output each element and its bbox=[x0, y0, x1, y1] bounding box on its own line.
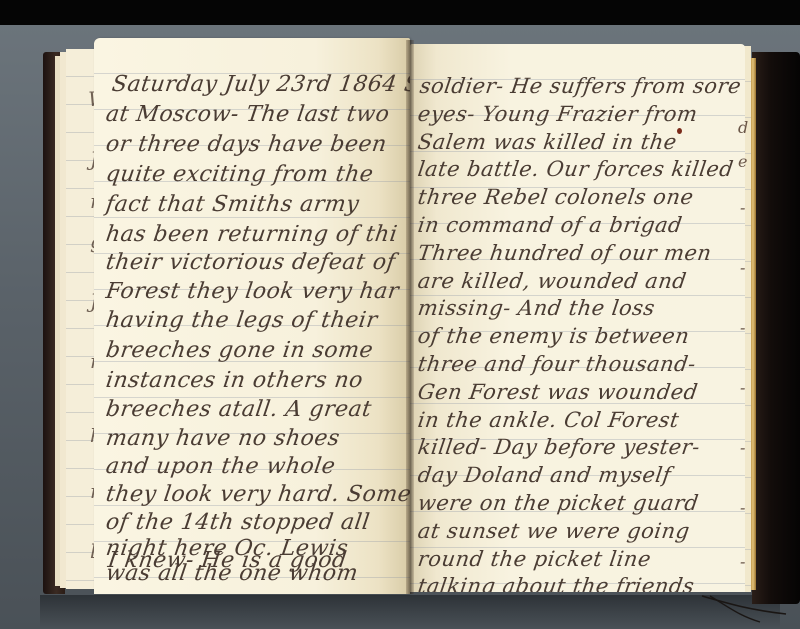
ribbon-bookmark bbox=[700, 594, 790, 624]
edge-mark: - bbox=[740, 198, 745, 217]
diary-line: of the 14th stopped all bbox=[104, 510, 371, 535]
diary-line: Forest they look very har bbox=[104, 279, 400, 304]
ink-stain bbox=[677, 128, 682, 134]
edge-mark: d bbox=[738, 118, 748, 137]
edge-mark: e bbox=[738, 152, 747, 171]
right-page-text-lower bbox=[410, 44, 745, 592]
left-page: Saturday July 23rd 1864 Still at Moscow-… bbox=[94, 38, 410, 594]
top-black-band bbox=[0, 0, 800, 25]
diary-line: I knew- He is a good bbox=[106, 548, 348, 573]
edge-mark: - bbox=[740, 552, 745, 571]
diary-line: has been returning of thi bbox=[104, 222, 399, 247]
diary-line: quite exciting from the bbox=[104, 162, 375, 187]
diary-line: having the legs of their bbox=[104, 308, 379, 333]
diary-line: at Moscow- The last two bbox=[104, 102, 391, 127]
diary-line: breeches gone in some bbox=[104, 338, 375, 363]
edge-mark: - bbox=[740, 498, 745, 517]
edge-mark: - bbox=[740, 318, 745, 337]
diary-line: their victorious defeat of bbox=[104, 250, 397, 275]
diary-line: or three days have been bbox=[104, 132, 388, 157]
edge-mark: - bbox=[740, 438, 745, 457]
diary-line: they look very hard. Some bbox=[104, 482, 410, 507]
diary-line: many have no shoes bbox=[104, 426, 341, 451]
edge-mark: - bbox=[740, 378, 745, 397]
book-cover-right bbox=[752, 52, 800, 604]
diary-line: and upon the whole bbox=[104, 454, 337, 479]
book-gutter bbox=[406, 40, 414, 594]
edge-mark: - bbox=[740, 258, 745, 277]
diary-line: instances in others no bbox=[104, 368, 364, 393]
diary-date-line: Saturday July 23rd 1864 Still bbox=[110, 72, 410, 97]
diary-line: fact that Smiths army bbox=[104, 192, 361, 217]
book-shadow bbox=[40, 595, 780, 629]
diary-line: breeches atall. A great bbox=[104, 397, 373, 422]
